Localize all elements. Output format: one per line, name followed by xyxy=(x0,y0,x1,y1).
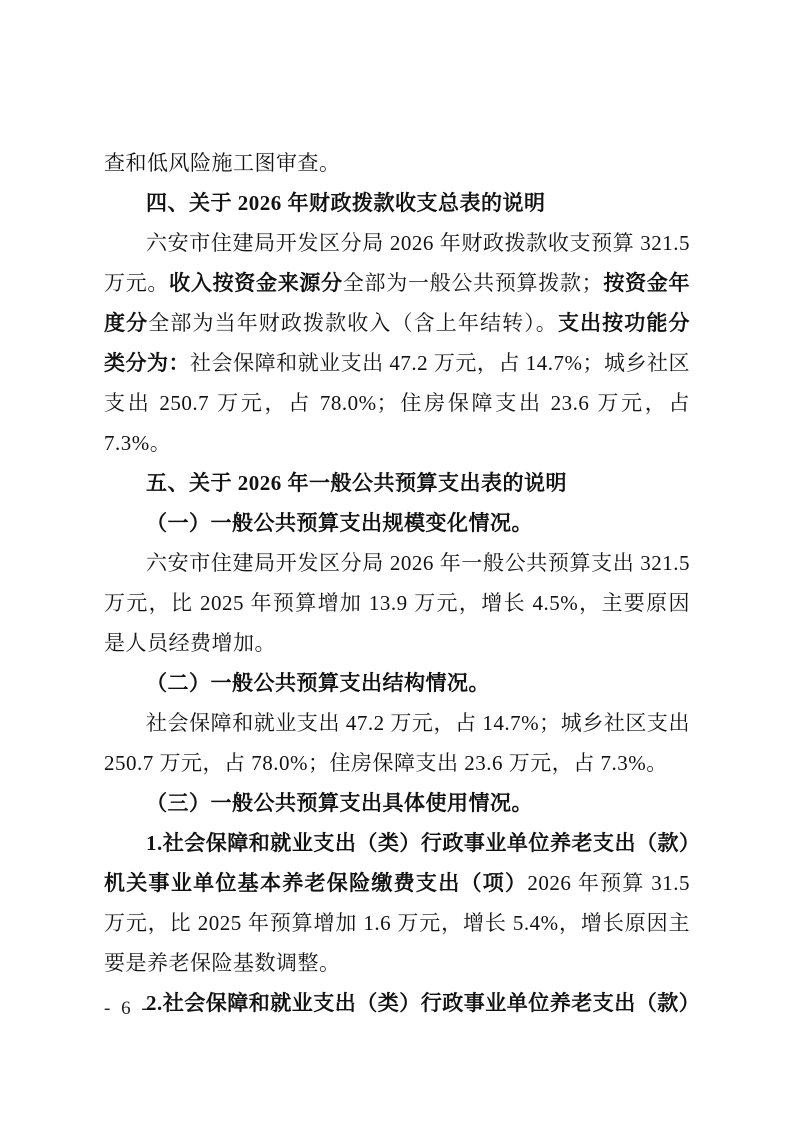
text-run: 社会保障和就业支出 47.2 万元，占 14.7%；城乡社区支出 250.7 万… xyxy=(104,351,690,455)
page-number: - 6 - xyxy=(104,996,151,1022)
section-5-sub-1-body: 六安市住建局开发区分局 2026 年一般公共预算支出 321.5 万元，比 20… xyxy=(104,543,690,663)
text-run: （三）一般公共预算支出具体使用情况。 xyxy=(146,791,533,815)
text-run: 社会保障和就业支出 47.2 万元，占 14.7%；城乡社区支出 250.7 万… xyxy=(104,711,690,775)
text-run: （二）一般公共预算支出结构情况。 xyxy=(146,671,490,695)
text-run: （一）一般公共预算支出规模变化情况。 xyxy=(146,511,533,535)
text-run: 全部为一般公共预算拨款； xyxy=(343,271,603,295)
text-run: 四、关于 2026 年财政拨款收支总表的说明 xyxy=(146,191,546,215)
document-body: 查和低风险施工图审查。四、关于 2026 年财政拨款收支总表的说明六安市住建局开… xyxy=(104,143,690,1023)
bold-text-run: 2.社会保障和就业支出（类）行政事业单位养老支出（款） xyxy=(146,991,700,1015)
document-page: 查和低风险施工图审查。四、关于 2026 年财政拨款收支总表的说明六安市住建局开… xyxy=(0,0,793,1122)
text-run: 全部为当年财政拨款收入（含上年结转）。 xyxy=(148,311,558,335)
text-run: 六安市住建局开发区分局 2026 年一般公共预算支出 321.5 万元，比 20… xyxy=(104,551,690,655)
bold-text-run: 收入按资金来源分 xyxy=(169,271,343,295)
paragraph-continuation: 查和低风险施工图审查。 xyxy=(104,143,690,183)
item-2-body: 2.社会保障和就业支出（类）行政事业单位养老支出（款） xyxy=(104,983,690,1023)
section-5-sub-2-heading: （二）一般公共预算支出结构情况。 xyxy=(104,663,690,703)
text-run: 五、关于 2026 年一般公共预算支出表的说明 xyxy=(146,471,567,495)
section-5-sub-2-body: 社会保障和就业支出 47.2 万元，占 14.7%；城乡社区支出 250.7 万… xyxy=(104,703,690,783)
section-5-sub-3-heading: （三）一般公共预算支出具体使用情况。 xyxy=(104,783,690,823)
section-4-body: 六安市住建局开发区分局 2026 年财政拨款收支预算 321.5 万元。收入按资… xyxy=(104,223,690,463)
section-5-heading: 五、关于 2026 年一般公共预算支出表的说明 xyxy=(104,463,690,503)
text-run: 查和低风险施工图审查。 xyxy=(104,151,341,175)
section-5-sub-1-heading: （一）一般公共预算支出规模变化情况。 xyxy=(104,503,690,543)
item-1-body: 1.社会保障和就业支出（类）行政事业单位养老支出（款）机关事业单位基本养老保险缴… xyxy=(104,823,690,983)
section-4-heading: 四、关于 2026 年财政拨款收支总表的说明 xyxy=(104,183,690,223)
